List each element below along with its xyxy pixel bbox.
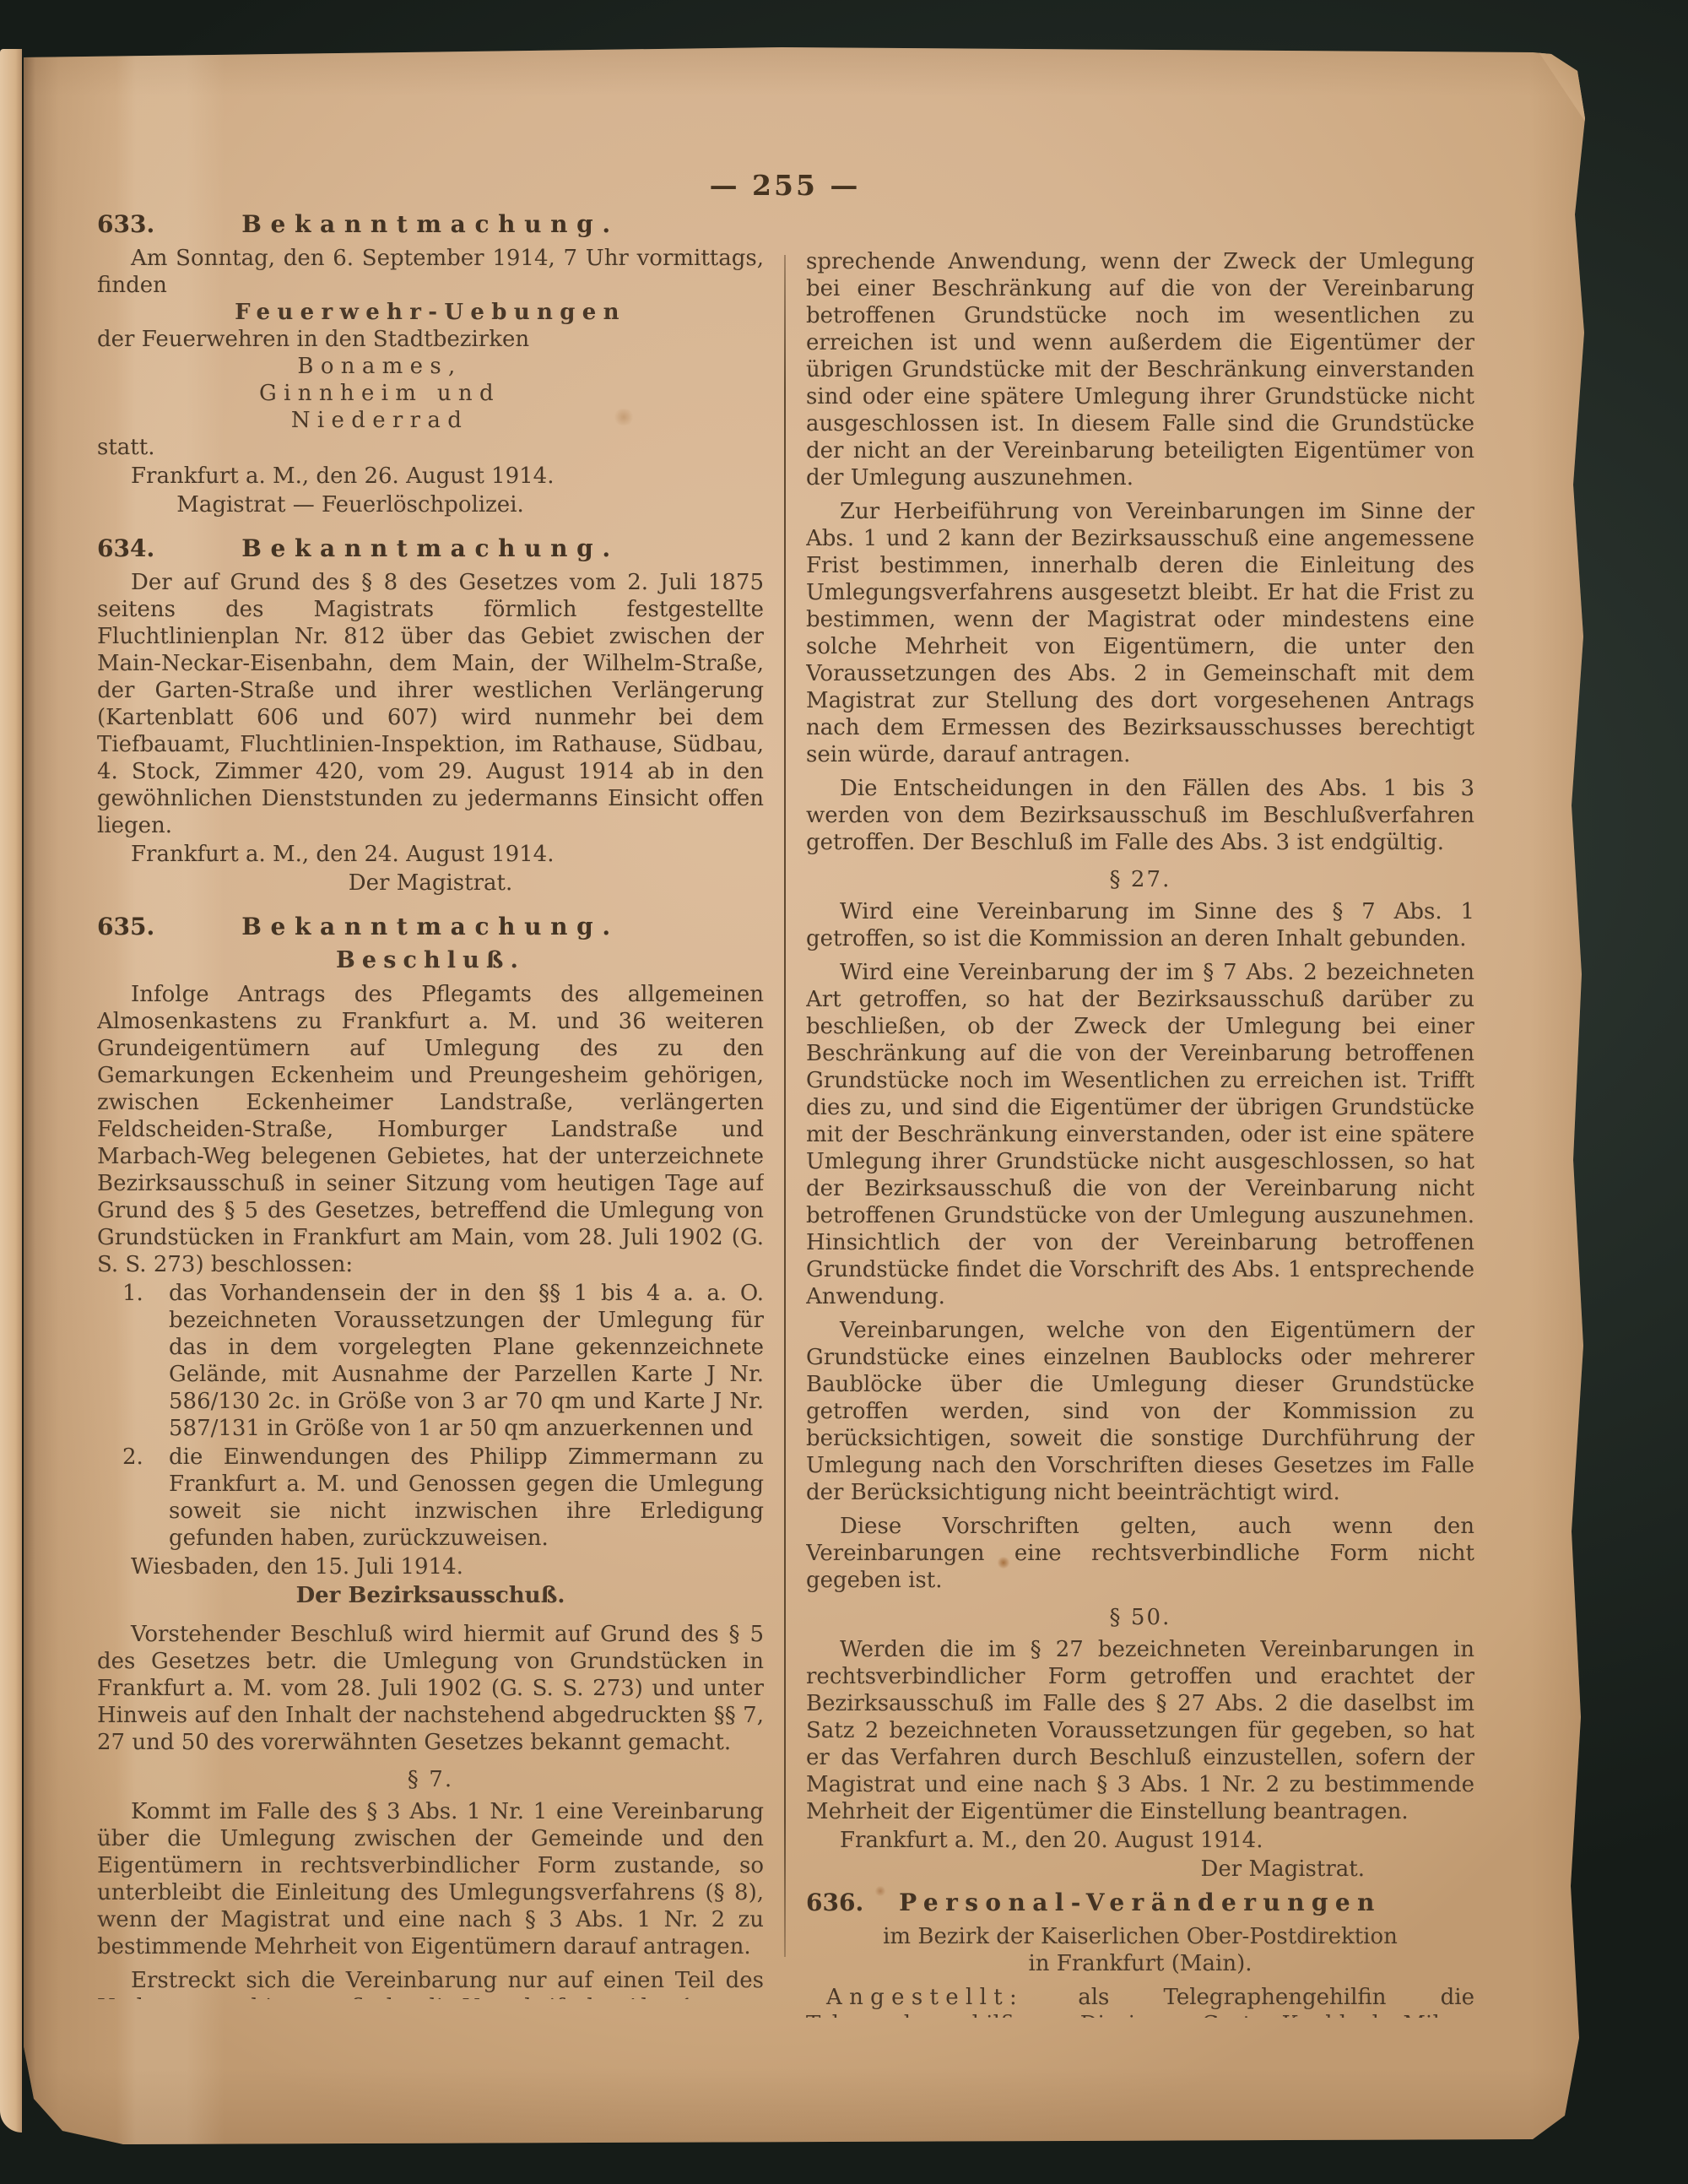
paragraph-50-heading: § 50. bbox=[806, 1604, 1474, 1631]
notice-636: 636. Personal-Veränderungen im Bezirk de… bbox=[806, 1889, 1474, 2018]
decision-item-2-number: 2. bbox=[122, 1444, 143, 1471]
notice-636-subline-2: in Frankfurt (Main). bbox=[806, 1950, 1474, 1977]
folded-corner bbox=[1538, 51, 1585, 122]
notice-634-signature: Der Magistrat. bbox=[97, 870, 764, 897]
notice-633-signature: Magistrat — Feuerlöschpolizei. bbox=[97, 491, 603, 518]
notice-634-number: 634. bbox=[97, 535, 154, 562]
photo-backdrop: — 255 — 633. Bekanntmachung. Am Sonntag,… bbox=[0, 0, 1688, 2184]
paragraph-7-text-3: Zur Herbeiführung von Vereinbarungen im … bbox=[806, 498, 1474, 768]
notice-635-intro: Infolge Antrags des Pflegamts des allgem… bbox=[97, 981, 764, 1278]
notice-635-signature: Der Bezirksausschuß. bbox=[97, 1582, 764, 1609]
notice-636-heading-row: 636. Personal-Veränderungen bbox=[806, 1889, 1474, 1916]
promulgation-paragraph: Vorstehender Beschluß wird hiermit auf G… bbox=[97, 1621, 764, 1756]
decision-item-2-text: die Einwendungen des Philipp Zimmermann … bbox=[169, 1444, 764, 1551]
district-name: Ginnheim und bbox=[97, 380, 663, 407]
paragraph-7-text-1: Kommt im Falle des § 3 Abs. 1 Nr. 1 eine… bbox=[97, 1798, 764, 1960]
paragraph-27-text-1: Wird eine Vereinbarung im Sinne des § 7 … bbox=[806, 898, 1474, 952]
left-column: 633. Bekanntmachung. Am Sonntag, den 6. … bbox=[97, 204, 764, 1999]
event-title: Feuerwehr-Uebungen bbox=[97, 299, 764, 326]
notice-633-title: Bekanntmachung. bbox=[241, 210, 619, 238]
page-number: — 255 — bbox=[97, 169, 1473, 202]
notice-636-title: Personal-Veränderungen bbox=[899, 1889, 1382, 1916]
angestellt-label: Angestellt: bbox=[826, 1985, 1024, 2010]
notice-633-closing: statt. bbox=[97, 434, 764, 461]
notice-635-number: 635. bbox=[97, 913, 154, 940]
paragraph-7-heading: § 7. bbox=[97, 1766, 764, 1793]
notice-636-subline-1: im Bezirk der Kaiserlichen Ober-Postdire… bbox=[806, 1923, 1474, 1950]
notice-633-intro: Am Sonntag, den 6. September 1914, 7 Uhr… bbox=[97, 245, 764, 299]
right-column: sprechende Anwendung, wenn der Zweck der… bbox=[806, 248, 1474, 2018]
beschluss-subheading: Beschluß. bbox=[97, 947, 764, 974]
paragraph-7-text-2-continuation: sprechende Anwendung, wenn der Zweck der… bbox=[806, 248, 1474, 491]
underlying-page-edge bbox=[0, 49, 22, 2133]
district-name: Bonames, bbox=[97, 353, 663, 380]
decision-item-1-text: das Vorhandensein der in den §§ 1 bis 4 … bbox=[169, 1281, 764, 1441]
paragraph-7-text-4: Die Entscheidungen in den Fällen des Abs… bbox=[806, 775, 1474, 856]
notice-634-body: Der auf Grund des § 8 des Gesetzes vom 2… bbox=[97, 569, 764, 839]
district-list: Bonames, Ginnheim und Niederrad bbox=[97, 353, 764, 434]
notice-635: 635. Bekanntmachung. Beschluß. Infolge A… bbox=[97, 913, 764, 1999]
section-gap bbox=[97, 518, 764, 528]
notice-636-number: 636. bbox=[806, 1889, 863, 1916]
paragraph-27-text-2: Wird eine Vereinbarung der im § 7 Abs. 2… bbox=[806, 959, 1474, 1310]
gazette-page: — 255 — 633. Bekanntmachung. Am Sonntag,… bbox=[22, 46, 1588, 2144]
paragraph-50-text: Werden die im § 27 bezeichneten Vereinba… bbox=[806, 1636, 1474, 1825]
district-name: Niederrad bbox=[97, 407, 663, 434]
notice-634: 634. Bekanntmachung. Der auf Grund des §… bbox=[97, 535, 764, 897]
column-divider-rule bbox=[784, 255, 786, 1957]
event-subtitle: der Feuerwehren in den Stadtbezirken bbox=[97, 326, 764, 353]
notice-633: 633. Bekanntmachung. Am Sonntag, den 6. … bbox=[97, 211, 764, 518]
notice-635-heading-row: 635. Bekanntmachung. bbox=[97, 913, 764, 940]
notice-636-body: Angestellt: als Telegraphengehilfin die … bbox=[806, 1984, 1474, 2018]
paragraph-7-text-2-start: Erstreckt sich die Vereinbarung nur auf … bbox=[97, 1967, 764, 1999]
decision-item-1-number: 1. bbox=[122, 1280, 143, 1307]
notice-633-number: 633. bbox=[97, 211, 154, 238]
notice-633-heading-row: 633. Bekanntmachung. bbox=[97, 211, 764, 238]
decision-item-2: 2. die Einwendungen des Philipp Zimmerma… bbox=[97, 1444, 764, 1552]
notice-635-dateline: Wiesbaden, den 15. Juli 1914. bbox=[97, 1553, 764, 1580]
paragraph-27-text-4: Diese Vorschriften gelten, auch wenn den… bbox=[806, 1513, 1474, 1594]
notice-635-title: Bekanntmachung. bbox=[241, 913, 619, 940]
notice-633-dateline: Frankfurt a. M., den 26. August 1914. bbox=[97, 463, 764, 490]
paragraph-27-heading: § 27. bbox=[806, 866, 1474, 893]
notice-634-heading-row: 634. Bekanntmachung. bbox=[97, 535, 764, 562]
decision-item-1: 1. das Vorhandensein der in den §§ 1 bis… bbox=[97, 1280, 764, 1442]
section-gap bbox=[97, 897, 764, 907]
law-dateline: Frankfurt a. M., den 20. August 1914. bbox=[806, 1827, 1474, 1854]
paragraph-27-text-3: Vereinbarungen, welche von den Eigentüme… bbox=[806, 1317, 1474, 1506]
law-signature: Der Magistrat. bbox=[806, 1856, 1365, 1883]
notice-634-title: Bekanntmachung. bbox=[241, 534, 619, 562]
notice-634-dateline: Frankfurt a. M., den 24. August 1914. bbox=[97, 841, 764, 868]
